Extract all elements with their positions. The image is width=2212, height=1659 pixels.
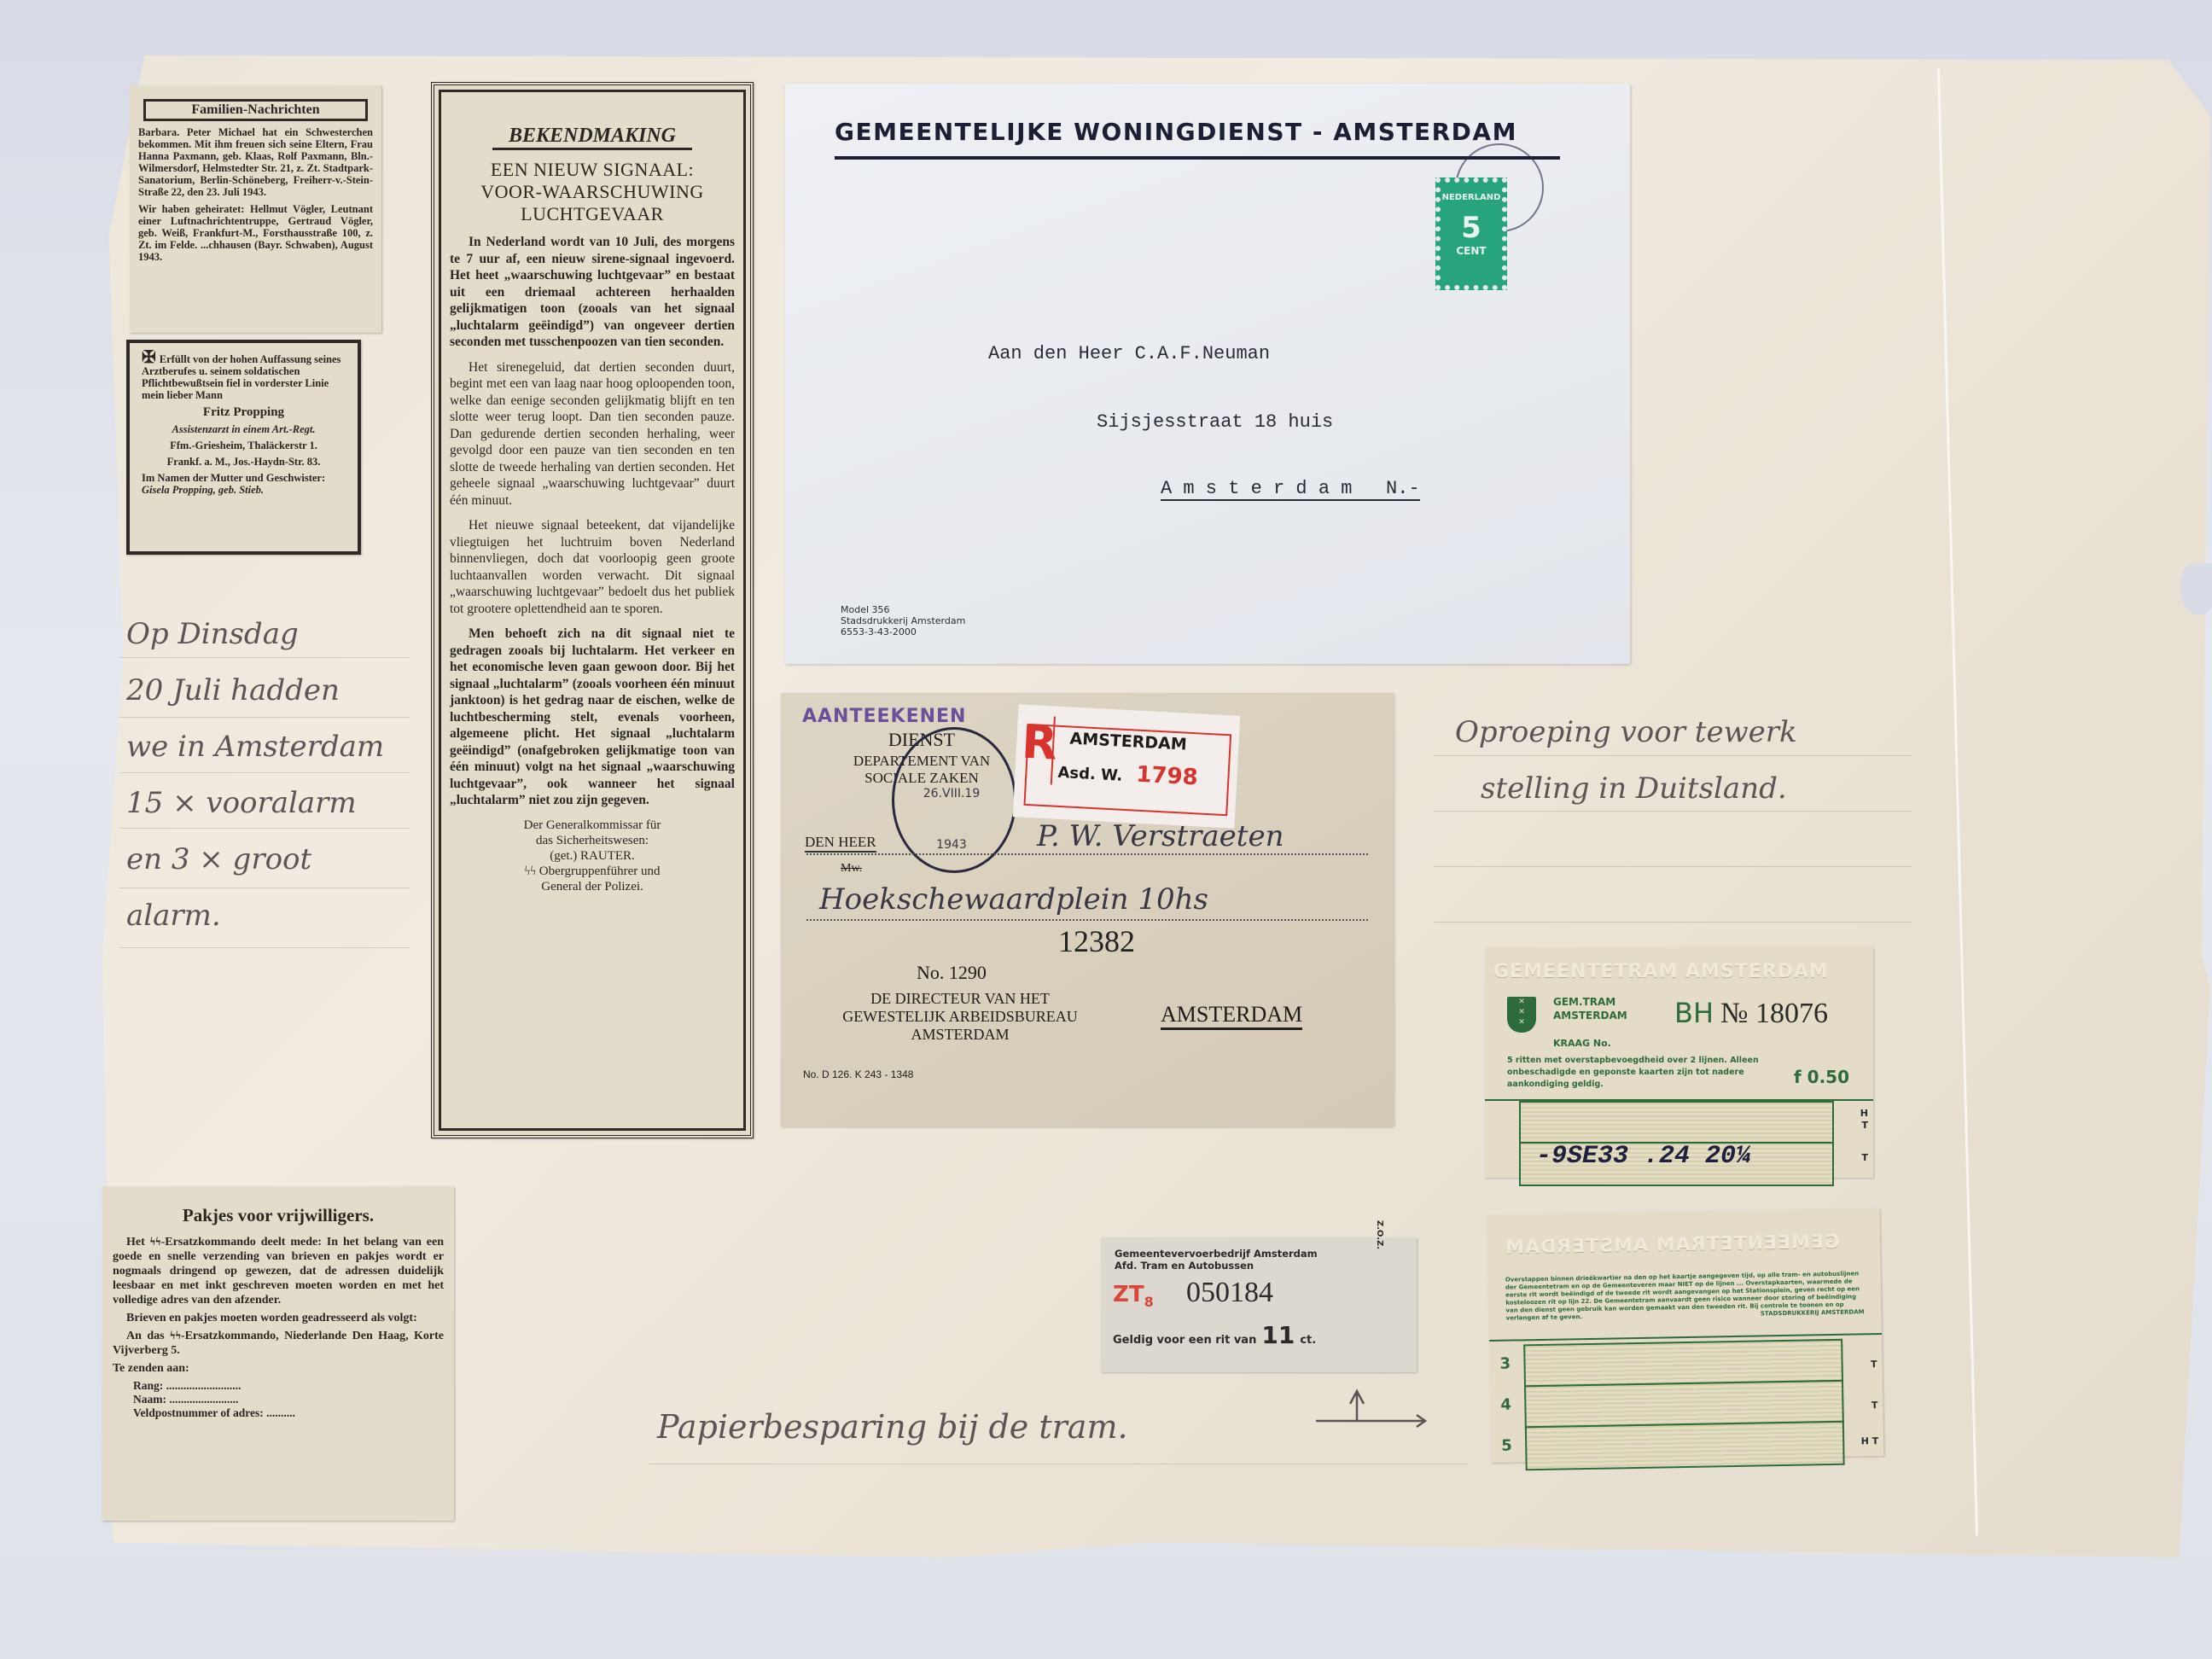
fare: 11: [1261, 1321, 1295, 1349]
company-line: Gemeentevervoerbedrijf Amsterdam: [1115, 1248, 1318, 1260]
recipient-handwritten: P. W. Verstraeten: [1037, 819, 1284, 853]
row-number: 4: [1500, 1396, 1511, 1414]
deceased-rank: Assistenzarzt in einem Art.-Regt.: [142, 423, 346, 435]
headline-line: EEN NIEUW SIGNAAL:: [450, 159, 735, 181]
row-mark: T: [1861, 1152, 1868, 1164]
address-handwritten: Hoekschewaardplein 10hs: [819, 882, 1208, 917]
signature-line: General der Polizei.: [450, 879, 735, 894]
paragraph: Het sirenegeluid, dat dertien seconden d…: [450, 359, 735, 509]
series: BH: [1674, 997, 1714, 1029]
ticket-number: 050184: [1186, 1277, 1273, 1309]
ruled-line: [1434, 922, 1912, 923]
form-number: No. 1290: [888, 962, 1016, 984]
amsterdam-coat-of-arms-icon: ✕✕✕: [1507, 997, 1536, 1033]
row-mark: H T: [1861, 1435, 1879, 1447]
issuer-line: DE DIRECTEUR VAN HET: [798, 990, 1122, 1008]
validity: Geldig voor een rit van: [1113, 1334, 1256, 1347]
print-code: No. D 126. K 243 - 1348: [803, 1068, 913, 1080]
bus-ticket: Gemeentevervoerbedrijf Amsterdam Afd. Tr…: [1101, 1237, 1417, 1372]
fine-print: Overstappen binnen drieëkwartier na den …: [1505, 1270, 1865, 1322]
paragraph: Men behoeft zich na dit signaal niet te …: [450, 626, 735, 809]
row-mark: T: [1871, 1400, 1878, 1412]
label-number: 1798: [1136, 762, 1199, 791]
signature-line: Der Generalkommissar für: [450, 818, 735, 833]
company-line: AMSTERDAM: [1553, 1009, 1627, 1022]
address-line: Sijsjesstraat 18 huis: [1097, 411, 1333, 433]
obituary-clipping: ✠Erfüllt von der hohen Auffassung seines…: [126, 340, 361, 555]
embossed-text-mirrored: GEMEENTETRAM AMSTERDAM: [1505, 1231, 1840, 1259]
familien-nachrichten-clipping: Familien-Nachrichten Barbara. Peter Mich…: [130, 85, 381, 333]
paragraph: Het ϟϟ-Ersatzkommando deelt mede: In het…: [113, 1235, 444, 1307]
form-field: Rang: ..........................: [113, 1379, 444, 1393]
aanteekenen-stamp: AANTEEKENEN: [802, 706, 966, 727]
paragraph: Brieven en pakjes moeten worden geadress…: [113, 1311, 444, 1325]
birth-notice: Barbara. Peter Michael hat ein Schwester…: [138, 126, 373, 198]
ruled-line: [1434, 866, 1912, 867]
punch-row: [1519, 1101, 1834, 1145]
signature-line: ϟϟ Obergruppenführer und: [450, 864, 735, 879]
address-1: Ffm.-Griesheim, Thaläckerstr 1.: [142, 439, 346, 451]
row-number: 3: [1499, 1355, 1511, 1373]
issuer: DE DIRECTEUR VAN HET GEWESTELIJK ARBEIDS…: [798, 990, 1122, 1044]
headline: EEN NIEUW SIGNAAL: VOOR-WAARSCHUWING LUC…: [450, 159, 735, 225]
headline-line: VOOR-WAARSCHUWING: [450, 181, 735, 203]
note-line: alarm.: [126, 888, 384, 944]
closing: Im Namen der Mutter und Geschwister:: [142, 472, 325, 484]
date-stamp: -9SE33 .24 20¼: [1536, 1142, 1751, 1171]
marriage-notice: Wir haben geheiratet: Hellmut Vögler, Le…: [138, 203, 373, 263]
card-city: AMSTERDAM: [1161, 1002, 1302, 1030]
imprint-line: Stadsdrukkerij Amsterdam: [841, 615, 965, 626]
embossed-text: GEMEENTETRAM AMSTERDAM: [1493, 961, 1829, 982]
registered-r: R: [1020, 715, 1056, 785]
signature-block: Der Generalkommissar für das Sicherheits…: [450, 818, 735, 894]
note-line: Op Dinsdag: [126, 606, 384, 662]
stamp-unit: CENT: [1441, 245, 1502, 257]
price: f 0.50: [1794, 1067, 1849, 1087]
clipping-title: Pakjes voor vrijwilligers.: [113, 1205, 444, 1226]
address-line: A m s t e r d a m N.-: [1161, 478, 1420, 501]
handwritten-note-right: Oproeping voor tewerk stelling in Duitsl…: [1455, 704, 1797, 817]
ticket-code: ZT: [1113, 1282, 1144, 1307]
ruled-line: [649, 1464, 1468, 1464]
paper-tear: [2180, 563, 2212, 614]
issuer-line: GEWESTELIJK ARBEIDSBUREAU: [798, 1008, 1122, 1026]
fare-unit: ct.: [1300, 1334, 1316, 1347]
tram-ticket-back: GEMEENTETRAM AMSTERDAM Overstappen binne…: [1487, 1208, 1884, 1463]
handwritten-note-bottom: Papierbesparing bij de tram.: [657, 1408, 1128, 1446]
note-line: 20 Juli hadden: [126, 662, 384, 719]
stamp-value: 5: [1441, 211, 1502, 245]
ticket-number: № 18076: [1720, 998, 1828, 1029]
tram-ticket-front: GEMEENTETRAM AMSTERDAM ✕✕✕ GEM.TRAM AMST…: [1485, 947, 1873, 1178]
address-line: Aan den Heer C.A.F.Neuman: [988, 343, 1270, 364]
paragraph: Het nieuwe signaal beteekent, dat vijand…: [450, 517, 735, 617]
printer: STADSDRUKKERIJ AMSTERDAM: [1761, 1308, 1865, 1318]
company-line: GEM.TRAM: [1553, 995, 1627, 1009]
handwritten-note-left: Op Dinsdag 20 Juli hadden we in Amsterda…: [126, 606, 384, 944]
note-line: we in Amsterdam: [126, 719, 384, 775]
label-office: Asd. W.: [1057, 764, 1123, 785]
salutation: DEN HEER: [805, 834, 876, 853]
form-field: Veldpostnummer of adres: ..........: [113, 1406, 444, 1420]
punch-row: [1525, 1421, 1845, 1471]
stamp-country: NEDERLAND: [1441, 193, 1502, 202]
address-2: Frankf. a. M., Jos.-Haydn-Str. 83.: [142, 456, 346, 468]
punch-grid: 3 4 5 T T H T: [1489, 1333, 1883, 1464]
kraag-label: KRAAG No.: [1553, 1038, 1611, 1049]
envelope-imprint: Model 356 Stadsdrukkerij Amsterdam 6553-…: [841, 604, 965, 637]
ruled-line: [119, 947, 410, 948]
signature-line: das Sicherheitswesen:: [450, 833, 735, 848]
registered-card: AANTEEKENEN DIENST DEPARTEMENT VAN SOCIA…: [781, 693, 1394, 1126]
note-line: stelling in Duitsland.: [1481, 760, 1797, 817]
row-mark: T: [1871, 1359, 1877, 1371]
sender-heading: GEMEENTELIJKE WONINGDIENST - AMSTERDAM: [835, 118, 1517, 146]
obituary-text: Erfüllt von der hohen Auffassung seines …: [142, 353, 341, 401]
issuer-line: AMSTERDAM: [798, 1026, 1122, 1044]
company: Gemeentevervoerbedrijf Amsterdam Afd. Tr…: [1115, 1248, 1318, 1272]
row-mark: HT: [1860, 1108, 1868, 1132]
company-line: Afd. Tram en Autobussen: [1115, 1260, 1318, 1272]
envelope: GEMEENTELIJKE WONINGDIENST - AMSTERDAM N…: [785, 84, 1630, 664]
kicker: BEKENDMAKING: [492, 125, 692, 150]
form-field: Naam: ........................: [113, 1393, 444, 1406]
terms: 5 ritten met overstapbevoegdheid over 2 …: [1507, 1055, 1763, 1091]
clipping-heading: Familien-Nachrichten: [143, 99, 368, 121]
postage-stamp: NEDERLAND 5 CENT: [1435, 178, 1507, 290]
crossed-mw: Mw.: [841, 862, 862, 876]
arrow-icon: [1314, 1387, 1434, 1429]
registration-label: R AMSTERDAM Asd. W.1798: [1013, 704, 1241, 828]
zoz-mark: Z.O.Z.: [1375, 1220, 1384, 1249]
ticket-code-sub: 8: [1144, 1294, 1154, 1310]
dotted-line: [806, 919, 1368, 921]
stamped-number: 12382: [1058, 923, 1135, 959]
paragraph: Te zenden aan:: [113, 1361, 444, 1376]
signer: Gisela Propping, geb. Stieb.: [142, 484, 264, 496]
paragraph: An das ϟϟ-Ersatzkommando, Niederlande De…: [113, 1329, 444, 1358]
signature-line: (get.) RAUTER.: [450, 848, 735, 864]
imprint-line: 6553-3-43-2000: [841, 626, 965, 637]
iron-cross-icon: ✠: [142, 348, 156, 367]
deceased-name: Fritz Propping: [142, 405, 346, 420]
headline-line: LUCHTGEVAAR: [450, 203, 735, 225]
imprint-line: Model 356: [841, 604, 965, 615]
note-line: 15 × vooralarm: [126, 775, 384, 831]
paragraph: In Nederland wordt van 10 Juli, des morg…: [450, 234, 735, 351]
bekendmaking-clipping: BEKENDMAKING EEN NIEUW SIGNAAL: VOOR-WAA…: [431, 82, 754, 1138]
note-line: Oproeping voor tewerk: [1455, 704, 1797, 760]
postmark-year: 1943: [917, 838, 986, 852]
postmark-date: 26.VIII.19: [909, 787, 994, 800]
header-rule: [835, 156, 1560, 160]
row-number: 5: [1501, 1437, 1512, 1455]
note-line: en 3 × groot: [126, 831, 384, 888]
company: GEM.TRAM AMSTERDAM: [1553, 995, 1627, 1022]
dotted-line: [806, 853, 1368, 855]
pakjes-clipping: Pakjes voor vrijwilligers. Het ϟϟ-Ersatz…: [102, 1186, 454, 1521]
